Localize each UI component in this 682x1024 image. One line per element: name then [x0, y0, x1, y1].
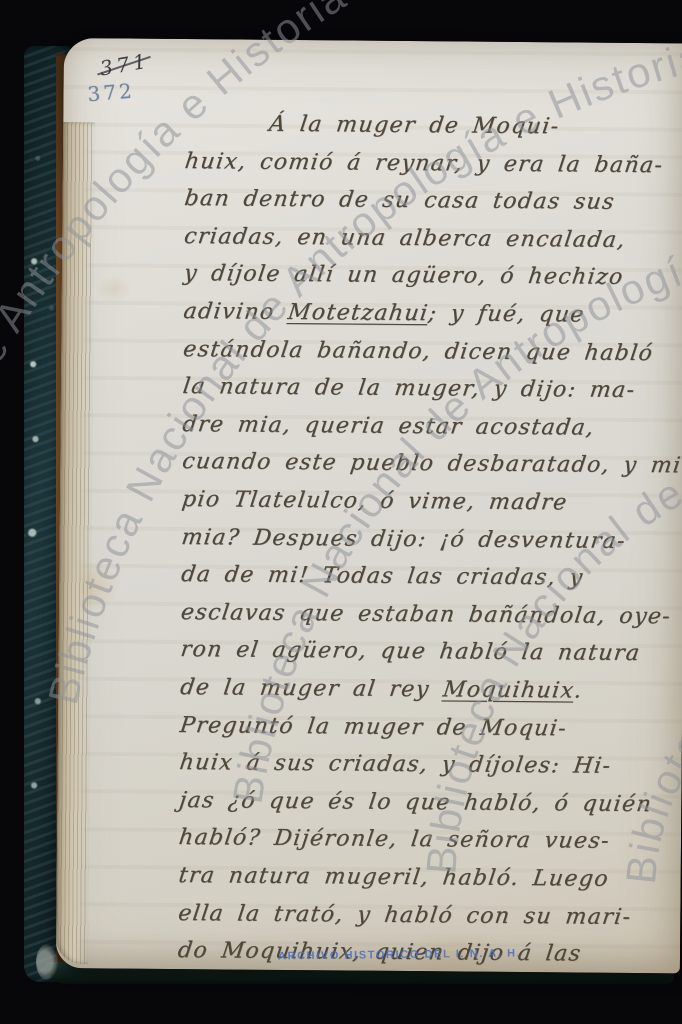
manuscript-line: estándola bañando, dicen que habló — [182, 337, 655, 366]
manuscript-line: cuando este pueblo desbaratado, y mi- — [181, 449, 682, 478]
manuscript-line: Preguntó la muger de Moqui- — [178, 713, 568, 741]
manuscript-line: Á la muger de Moqui- — [268, 112, 562, 140]
manuscript-line: tra natura mugeril, habló. Luego — [177, 863, 611, 892]
manuscript-line: ella la trató, y habló con su mari- — [177, 901, 633, 930]
manuscript-line: habló? Dijéronle, la señora vues- — [177, 825, 611, 854]
manuscript-page: 371 372 Á la muger de Moqui-huix, comió … — [56, 38, 682, 973]
manuscript-line: ron el agüero, que habló la natura — [179, 637, 642, 666]
manuscript-line: mia? Despues dijo: ¡ó desventura- — [180, 525, 628, 554]
worn-corner — [36, 944, 58, 980]
manuscript-line: la natura de la muger, y dijo: ma- — [181, 374, 637, 403]
manuscript-line: huix, comió á reynar, y era la baña- — [183, 149, 665, 178]
manuscript-line: ban dentro de su casa todas sus — [183, 186, 617, 215]
manuscript-line: pio Tlatelulco, ó vime, madre — [180, 487, 569, 515]
manuscript-text: Á la muger de Moqui-huix, comió á reynar… — [56, 38, 682, 973]
manuscript-line: de la muger al rey Moquihuix. — [179, 675, 585, 703]
manuscript-line: esclavas que estaban bañándola, oye- — [179, 600, 672, 629]
manuscript-line: y díjole allí un agüero, ó hechizo — [182, 261, 625, 290]
manuscript-line: huix á sus criadas, y díjoles: Hi- — [178, 750, 613, 779]
manuscript-line: da de mi! Todas las criadas, y — [180, 562, 585, 590]
manuscript-line: jas ¿ó que és lo que habló, ó quién — [178, 788, 654, 817]
manuscript-line: criadas, en una alberca encalada, — [183, 224, 628, 253]
scanned-manuscript-photo: 371 372 Á la muger de Moqui-huix, comió … — [0, 0, 682, 1024]
manuscript-line: dre mia, queria estar acostada, — [181, 412, 596, 441]
manuscript-line: adivino Motetzahui; y fué, que — [182, 299, 586, 327]
